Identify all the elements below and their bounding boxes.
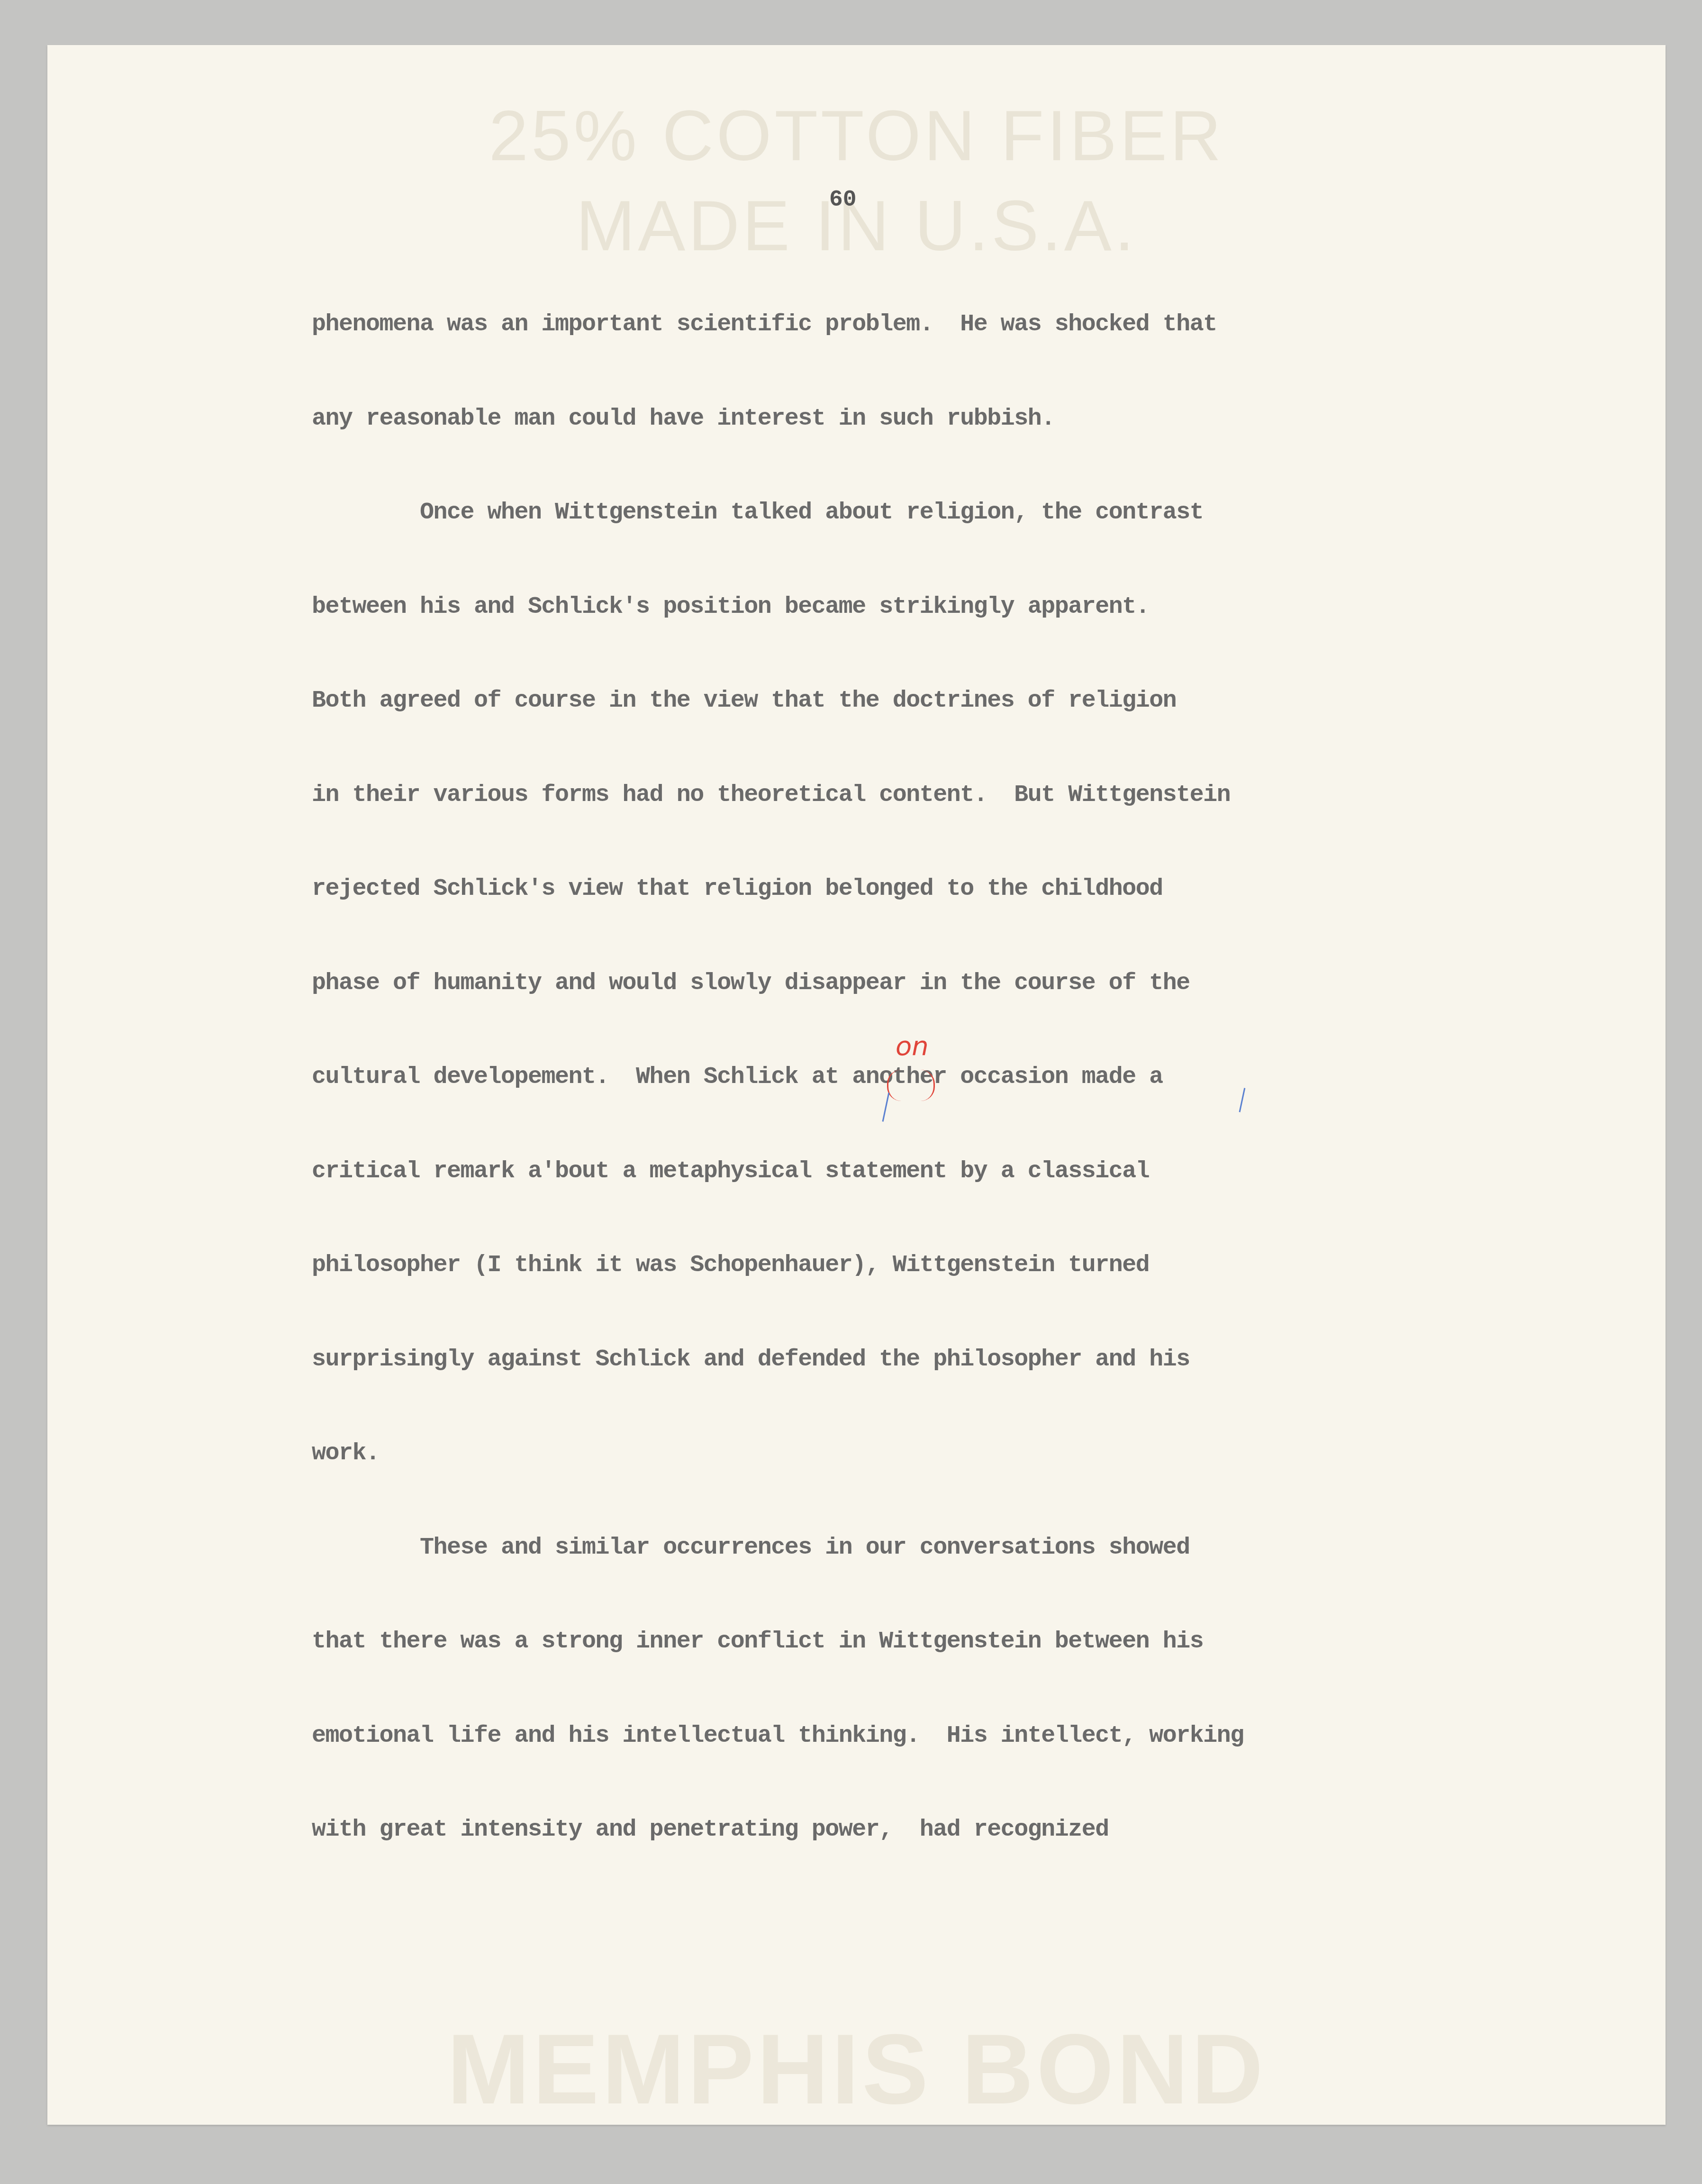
text-line: any reasonable man could have interest i… <box>312 405 1055 433</box>
inserted-comma-mark-2 <box>1239 1088 1246 1112</box>
handwritten-correction-on: on <box>896 1031 929 1062</box>
text-line: rejected Schlick's view that religion be… <box>312 875 1163 903</box>
text-line: cultural developement. When Schlick at a… <box>312 1063 1163 1092</box>
text-line: Once when Wittgenstein talked about reli… <box>312 499 1203 527</box>
watermark-bond: MEMPHIS BOND <box>47 2012 1666 2127</box>
document-page: 25% COTTON FIBER MADE IN U.S.A. MEMPHIS … <box>47 45 1666 2125</box>
text-line: between his and Schlick's position becam… <box>312 593 1149 621</box>
text-line: Both agreed of course in the view that t… <box>312 687 1176 715</box>
text-line: emotional life and his intellectual thin… <box>312 1722 1244 1750</box>
text-line: in their various forms had no theoretica… <box>312 781 1230 810</box>
page-number: 60 <box>829 187 857 213</box>
text-line: that there was a strong inner conflict i… <box>312 1628 1203 1656</box>
text-line: These and similar occurrences in our con… <box>312 1534 1190 1562</box>
circled-word-at <box>887 1070 935 1101</box>
text-line: phenomena was an important scientific pr… <box>312 310 1217 339</box>
watermark-cotton-fiber: 25% COTTON FIBER <box>47 95 1666 177</box>
text-line: with great intensity and penetrating pow… <box>312 1816 1109 1844</box>
inserted-comma-mark-1 <box>882 1092 890 1121</box>
text-line: phase of humanity and would slowly disap… <box>312 969 1190 998</box>
text-line: surprisingly against Schlick and defende… <box>312 1346 1190 1374</box>
text-line: work. <box>312 1439 380 1468</box>
text-line: philosopher (I think it was Schopenhauer… <box>312 1251 1149 1280</box>
text-line: critical remark a'bout a metaphysical st… <box>312 1157 1149 1186</box>
